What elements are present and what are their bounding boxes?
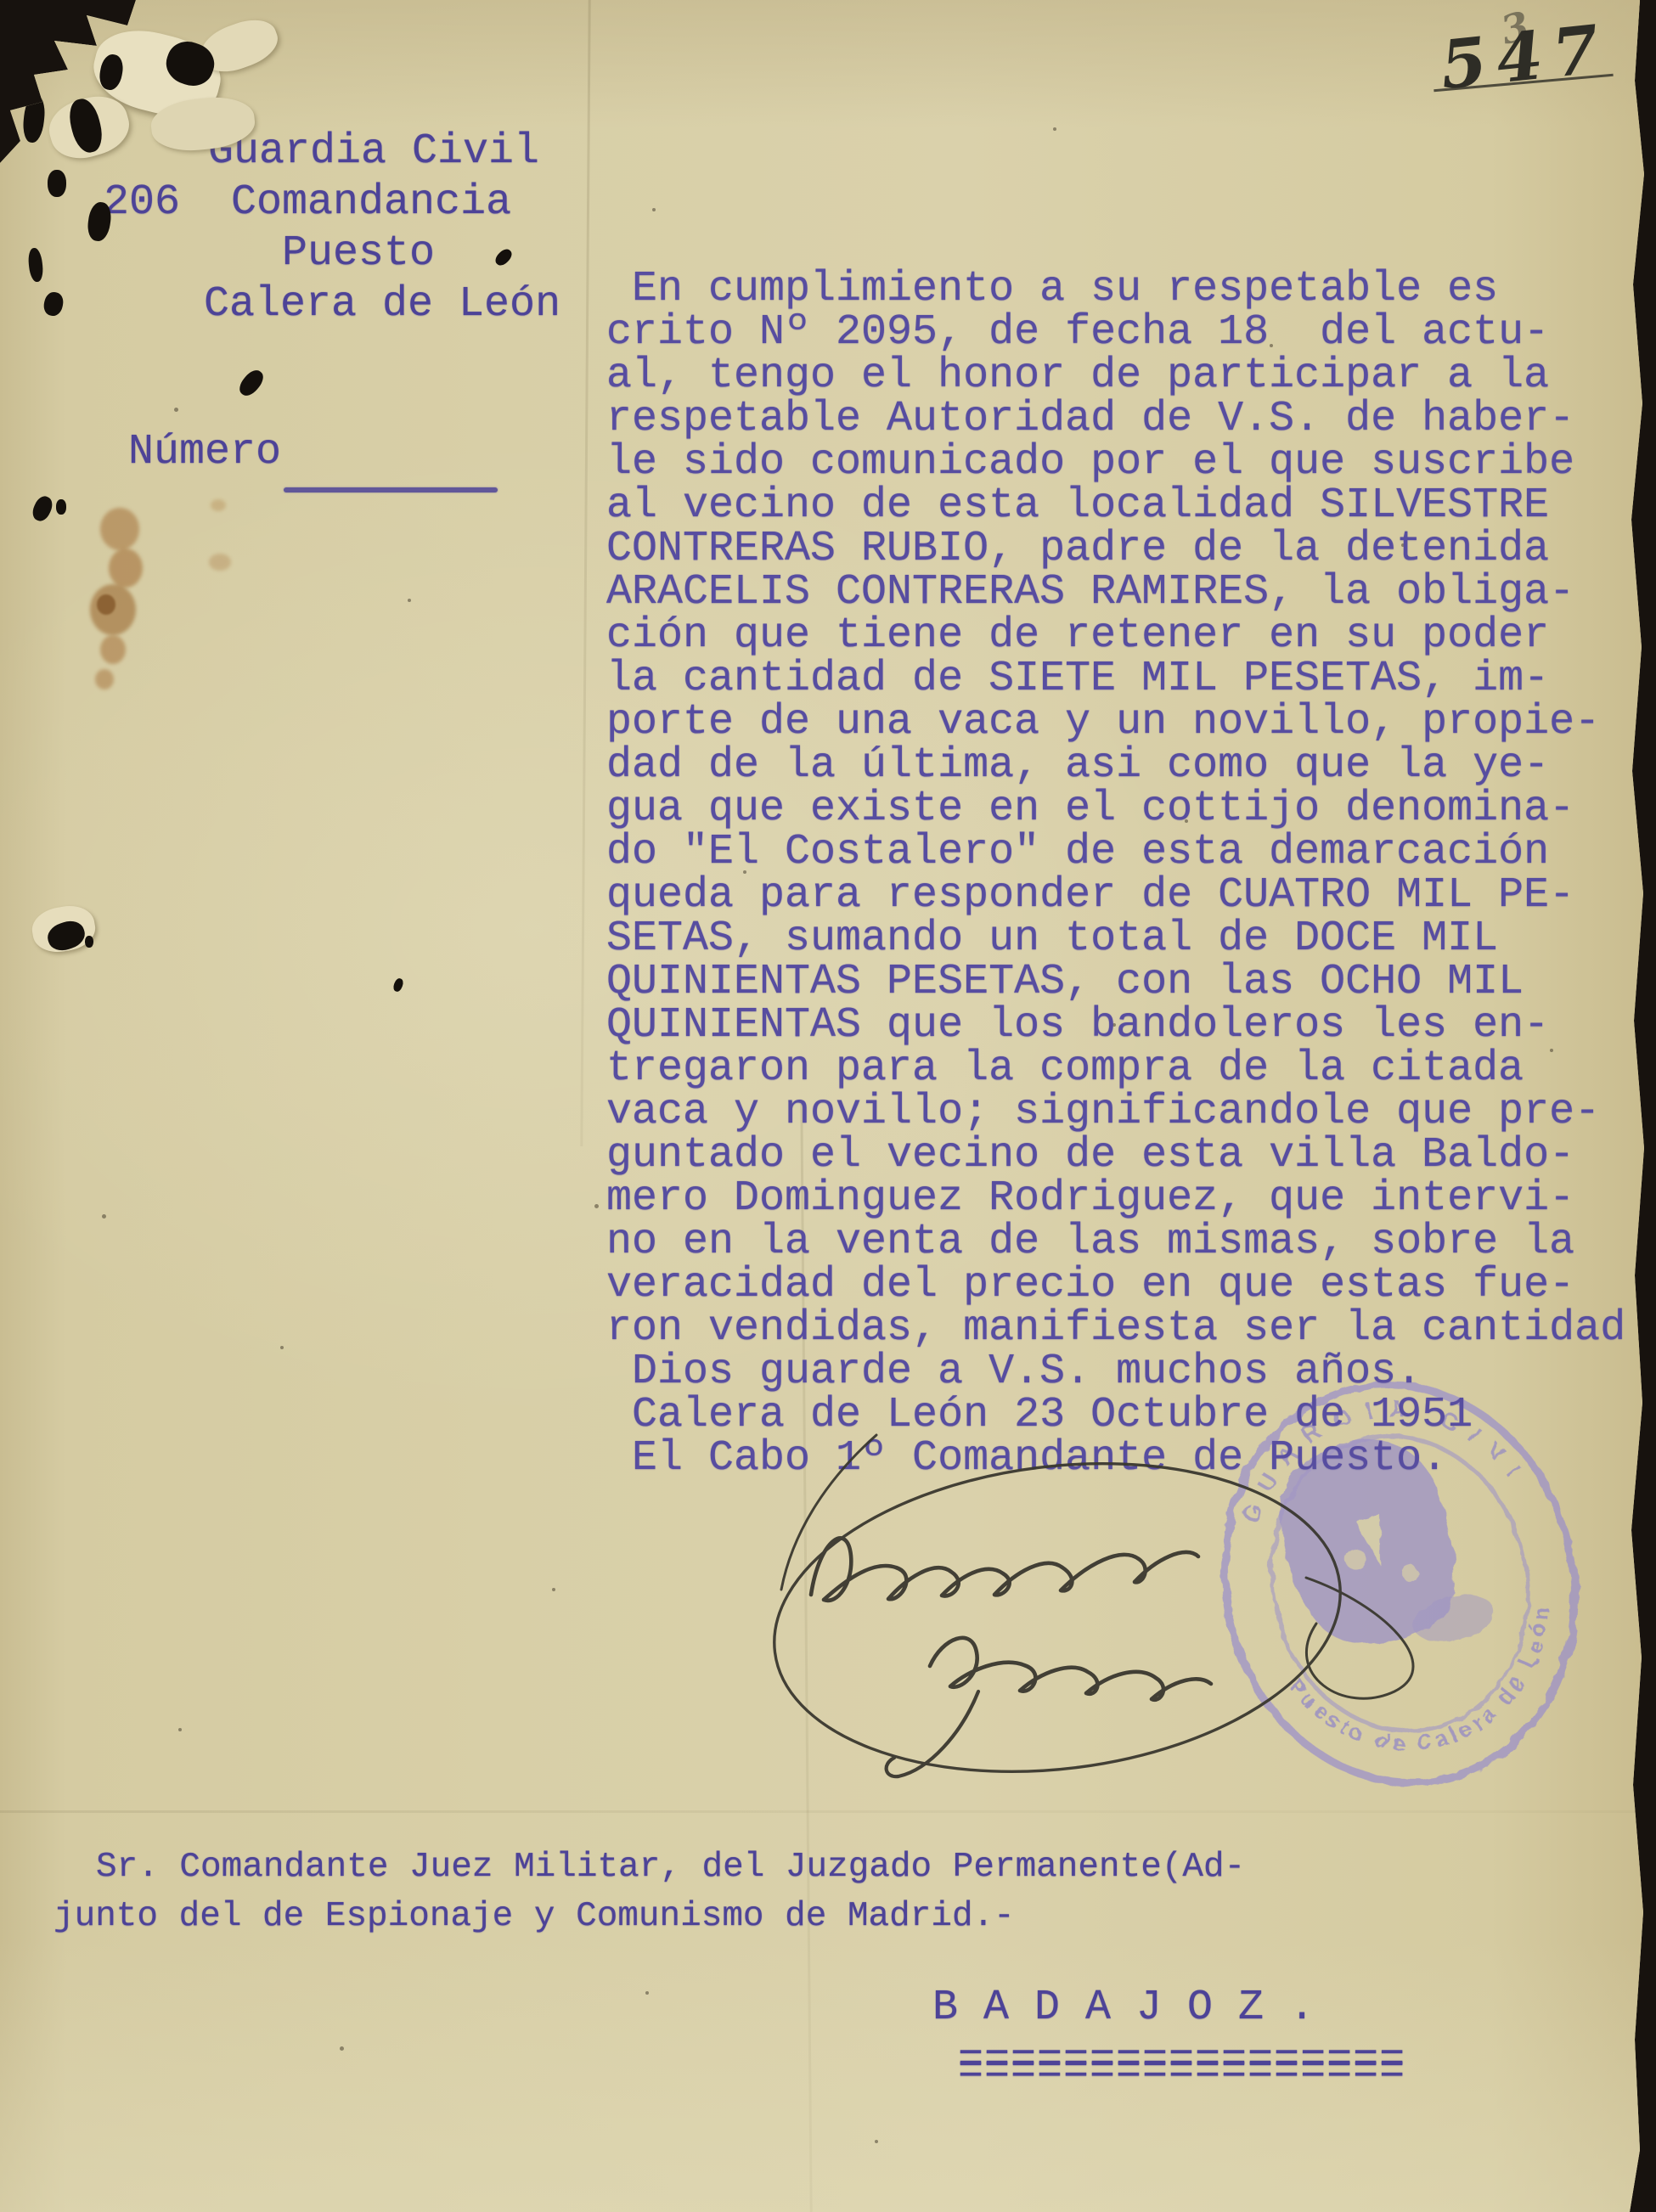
paper-hole bbox=[493, 246, 514, 267]
number-blank-line bbox=[284, 487, 498, 492]
typed-line: al, tengo el honor de participar a la bbox=[606, 354, 1642, 397]
typed-line: crito Nº 2095, de fecha 18 del actu- bbox=[606, 311, 1642, 354]
stain bbox=[109, 549, 143, 588]
paper-hole bbox=[42, 290, 65, 318]
typed-line: CONTRERAS RUBIO, padre de la detenida bbox=[606, 527, 1642, 571]
typed-line: SETAS, sumando un total de DOCE MIL bbox=[606, 917, 1642, 960]
typed-line: la cantidad de SIETE MIL PESETAS, im- bbox=[606, 657, 1642, 701]
signature-entry-stroke bbox=[781, 1435, 876, 1590]
typed-line: En cumplimiento a su respetable es bbox=[606, 267, 1642, 311]
typed-line: ron vendidas, manifiesta ser la cantidad bbox=[606, 1307, 1642, 1350]
typed-line: Dios guarde a V.S. muchos años. bbox=[606, 1350, 1642, 1393]
document-page: Guardia Civil 206 Comandancia Puesto Cal… bbox=[0, 0, 1656, 2212]
stain bbox=[209, 554, 231, 571]
paper-hole bbox=[235, 367, 267, 400]
stain bbox=[97, 594, 115, 615]
signature-surname-line bbox=[930, 1638, 1211, 1700]
letter-body: En cumplimiento a su respetable es crito… bbox=[606, 267, 1642, 1480]
letterhead-location: Calera de León bbox=[204, 280, 560, 329]
number-label: Número bbox=[128, 428, 281, 476]
signature-name-line bbox=[811, 1538, 1198, 1600]
paper-hole bbox=[56, 499, 66, 515]
typed-line: QUINIENTAS que los bandoleros les en- bbox=[606, 1004, 1642, 1047]
paper-hole bbox=[86, 200, 113, 242]
typed-line: al vecino de esta localidad SILVESTRE bbox=[606, 484, 1642, 527]
typed-line: no en la venta de las mismas, sobre la bbox=[606, 1220, 1642, 1264]
paper-hole bbox=[27, 247, 44, 282]
typed-line: le sido comunicado por el que suscribe bbox=[606, 441, 1642, 484]
paper-hole bbox=[392, 977, 405, 993]
typed-line: queda para responder de CUATRO MIL PE- bbox=[606, 874, 1642, 917]
signature bbox=[722, 1410, 1503, 1817]
paper-hole bbox=[48, 170, 66, 197]
letterhead-comandancia: 206 Comandancia bbox=[104, 178, 511, 227]
typed-line: ARACELIS CONTRERAS RAMIRES, la obliga- bbox=[606, 571, 1642, 614]
typed-line: tregaron para la compra de la citada bbox=[606, 1047, 1642, 1090]
typed-line: dad de la última, asi como que la ye- bbox=[606, 744, 1642, 787]
typed-double-rule-bottom: ================= bbox=[958, 2048, 1405, 2097]
stain bbox=[100, 635, 126, 664]
typed-line: porte de una vaca y un novillo, propie- bbox=[606, 701, 1642, 744]
typed-line: mero Dominguez Rodriguez, que intervi- bbox=[606, 1177, 1642, 1220]
typed-line: ción que tiene de retener en su poder bbox=[606, 614, 1642, 657]
typed-line: vaca y novillo; significandole que pre- bbox=[606, 1090, 1642, 1134]
letterhead-puesto: Puesto bbox=[282, 229, 435, 278]
typed-line: guntado el vecino de esta villa Baldo- bbox=[606, 1134, 1642, 1177]
paper-hole bbox=[30, 493, 55, 524]
typed-line: veracidad del precio en que estas fue- bbox=[606, 1264, 1642, 1307]
typed-line: QUINIENTAS PESETAS, con las OCHO MIL bbox=[606, 960, 1642, 1004]
signature-tail-loop bbox=[1306, 1578, 1413, 1698]
stain bbox=[95, 669, 114, 689]
typed-line: do "El Costalero" de esta demarcación bbox=[606, 830, 1642, 874]
addressee-line-1: Sr. Comandante Juez Militar, del Juzgado… bbox=[96, 1848, 1245, 1887]
signature-flourish-ellipse bbox=[757, 1433, 1358, 1803]
stain bbox=[100, 508, 139, 550]
paper-hole bbox=[21, 94, 47, 144]
addressee-line-2: junto del de Espionaje y Comunismo de Ma… bbox=[54, 1897, 1015, 1936]
paper-hole bbox=[85, 936, 93, 948]
typed-line: gua que existe en el cottijo denomina- bbox=[606, 787, 1642, 830]
typed-line: respetable Autoridad de V.S. de haber- bbox=[606, 397, 1642, 441]
vertical-fold-crease bbox=[580, 0, 590, 1146]
stain bbox=[211, 499, 226, 511]
letterhead-corps: Guardia Civil bbox=[208, 127, 539, 176]
addressee-city: B A D A J O Z . bbox=[932, 1984, 1315, 2032]
